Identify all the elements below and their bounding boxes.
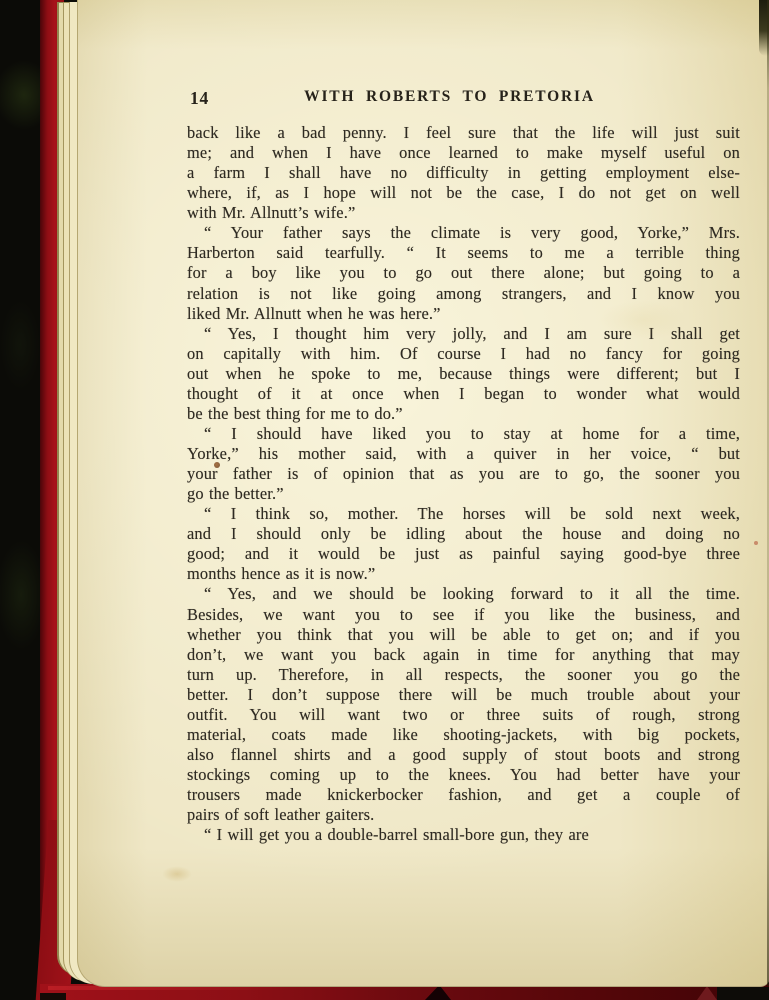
text-line: “ Your father says the climate is very g… — [187, 223, 740, 243]
text-line: “ I should have liked you to stay at hom… — [187, 424, 740, 444]
text-line: where, if, as I hope will not be the cas… — [187, 183, 740, 203]
text-line: on capitally with him. Of course I had n… — [187, 344, 740, 364]
running-head: WITH ROBERTS TO PRETORIA — [173, 88, 726, 106]
text-line: better. I don’t suppose there will be mu… — [187, 685, 740, 705]
text-line: also flannel shirts and a good supply of… — [187, 745, 740, 765]
text-line: a farm I shall have no difficulty in get… — [187, 163, 740, 183]
text-line: your father is of opinion that as you ar… — [187, 464, 740, 484]
book-page: 14 WITH ROBERTS TO PRETORIA back like a … — [77, 0, 769, 987]
text-line: for a boy like you to go out there alone… — [187, 263, 740, 283]
page-text: back like a bad penny. I feel sure that … — [187, 123, 740, 845]
text-line: “ I will get you a double-barrel small-b… — [187, 825, 740, 845]
background-corner — [717, 987, 769, 1000]
text-line: me; and when I have once learned to make… — [187, 143, 740, 163]
text-line: thought of it at once when I began to wo… — [187, 384, 740, 404]
paper-stain — [162, 866, 192, 882]
background-tint — [0, 300, 40, 390]
book-photo: 14 WITH ROBERTS TO PRETORIA back like a … — [0, 0, 769, 1000]
text-line: outfit. You will want two or three suits… — [187, 705, 740, 725]
text-line: pairs of soft leather gaiters. — [187, 805, 740, 825]
text-line: “ Yes, and we should be looking forward … — [187, 584, 740, 604]
text-line: trousers made knickerbocker fashion, and… — [187, 785, 740, 805]
text-line: good; and it would be just as painful sa… — [187, 544, 740, 564]
text-line: out when he spoke to me, because things … — [187, 364, 740, 384]
text-line: go the better.” — [187, 484, 740, 504]
text-line: don’t, we want you back again in time fo… — [187, 645, 740, 665]
paper-speck — [754, 541, 758, 545]
text-line: Yorke,” his mother said, with a quiver i… — [187, 444, 740, 464]
text-line: turn up. Therefore, in all respects, the… — [187, 665, 740, 685]
text-line: Harberton said tearfully. “ It seems to … — [187, 243, 740, 263]
text-line: and I should only be idling about the ho… — [187, 524, 740, 544]
paper-speck — [214, 462, 220, 468]
text-line: with Mr. Allnutt’s wife.” — [187, 203, 740, 223]
text-line: back like a bad penny. I feel sure that … — [187, 123, 740, 143]
page-header: 14 WITH ROBERTS TO PRETORIA — [187, 88, 740, 110]
text-line: whether you think that you will be able … — [187, 625, 740, 645]
text-line: Besides, we want you to see if you like … — [187, 605, 740, 625]
paper-stain — [598, 300, 688, 340]
text-line: be the best thing for me to do.” — [187, 404, 740, 424]
text-line: stockings coming up to the knees. You ha… — [187, 765, 740, 785]
text-line: months hence as it is now.” — [187, 564, 740, 584]
background-corner — [40, 993, 66, 1000]
text-line: material, coats made like shooting-jacke… — [187, 725, 740, 745]
text-line: “ I think so, mother. The horses will be… — [187, 504, 740, 524]
